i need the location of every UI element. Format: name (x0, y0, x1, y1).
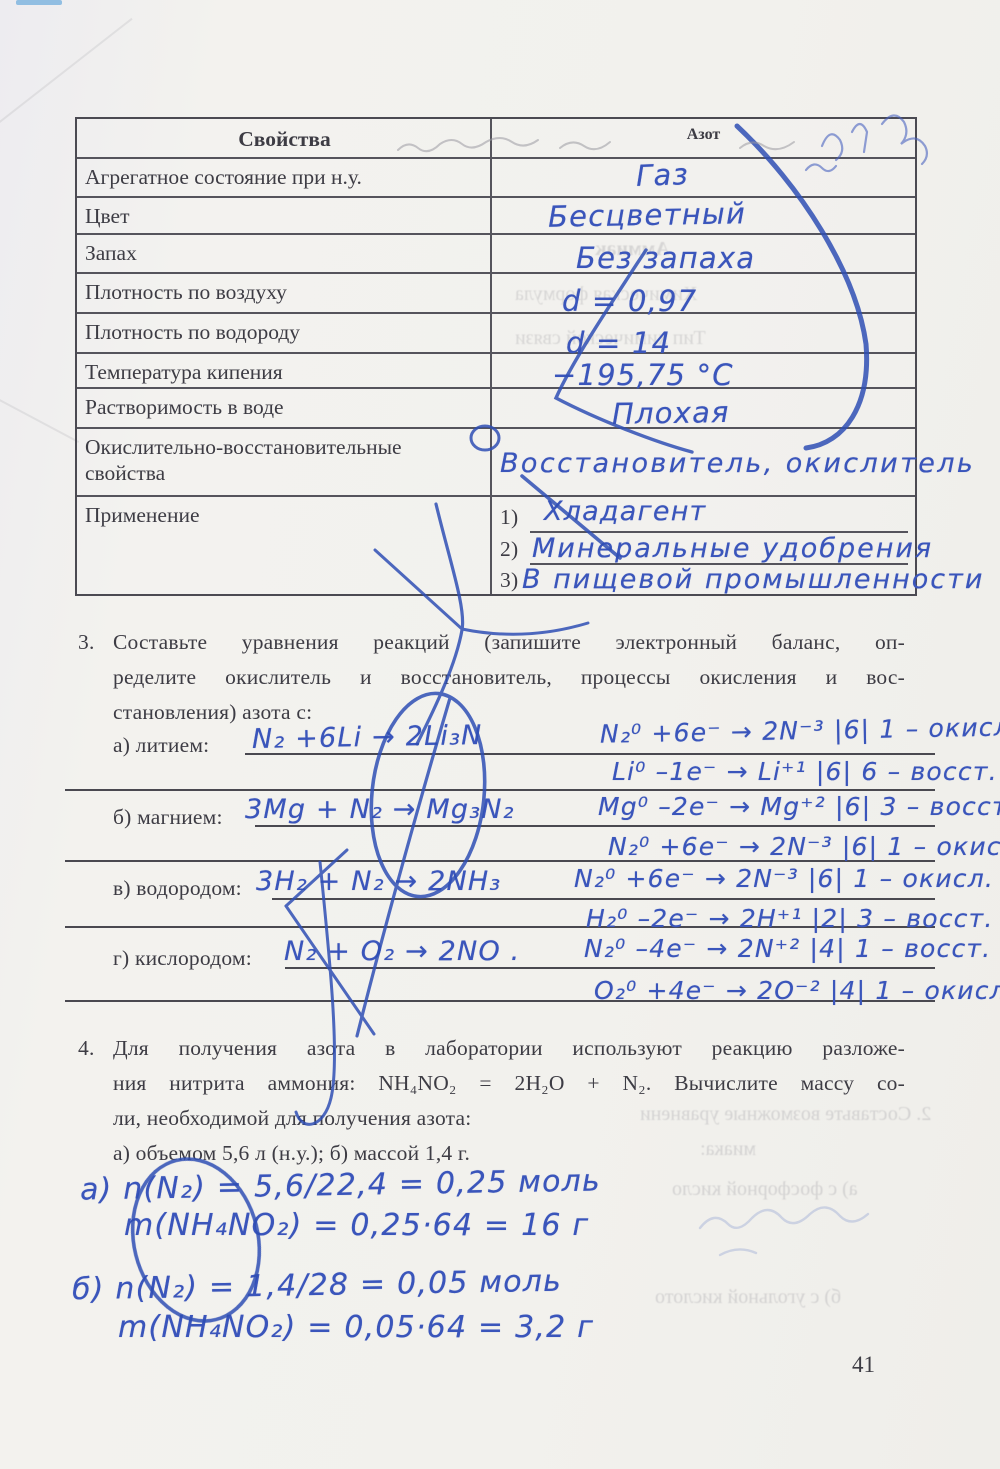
bleed-through-text: б) с угольной кислото (655, 1286, 841, 1309)
task4-number: 4. (78, 1036, 95, 1061)
handwritten-solution-line: m(NH₄NO₂) = 0,25·64 = 16 г (124, 1208, 589, 1243)
task3-number: 3. (78, 630, 95, 655)
handwritten-answer: d = 14 (566, 326, 671, 360)
row-label: Цвет (77, 198, 492, 233)
handwritten-balance: N₂⁰ –4e⁻ → 2N⁺² |4| 1 – восст. (584, 934, 991, 963)
row-label: Агрегатное состояние при н.у. (77, 159, 492, 196)
task4-text-line: ния нитрита аммония: NH₄NO₂ = 2H₂O + N₂.… (113, 1071, 905, 1096)
row-label: Запах (77, 235, 492, 272)
handwritten-balance: Li⁰ –1e⁻ → Li⁺¹ |6| 6 – восст. (612, 757, 998, 786)
answer-line[interactable] (255, 825, 935, 827)
answer-cell[interactable] (492, 159, 915, 196)
table-row: Запах (77, 233, 915, 272)
page-number: 41 (852, 1352, 875, 1378)
answer-cell[interactable] (492, 274, 915, 312)
handwritten-equation: 3H₂ + N₂ → 2NH₃ (256, 866, 501, 897)
handwritten-balance: N₂⁰ +6e⁻ → 2N⁻³ |6| 1 – окисл. (574, 864, 994, 893)
handwritten-answer: d = 0,97 (562, 284, 697, 318)
task3-text-line: становления) азота с: (113, 700, 312, 725)
answer-cell[interactable] (492, 314, 915, 352)
row-label: Применение (77, 497, 492, 594)
handwritten-solution-line: б) n(N₂) = 1,4/28 = 0,05 моль (72, 1264, 563, 1308)
row-label: Растворимость в воде (77, 389, 492, 427)
handwritten-solution-line: а) n(N₂) = 5,6/22,4 = 0,25 моль (80, 1163, 601, 1207)
answer-line[interactable] (272, 898, 935, 900)
bleed-handwriting (720, 1249, 756, 1255)
handwritten-answer: Плохая (612, 395, 730, 431)
task4-text-line: ли, необходимой для получения азота: (113, 1106, 471, 1131)
task3-text-line: Составьте уравнения реакций (запишите эл… (113, 630, 905, 655)
row-label: Плотность по воздуху (77, 274, 492, 312)
row-label: Плотность по водороду (77, 314, 492, 352)
task3-item-label: в) водородом: (113, 876, 242, 901)
handwritten-answer: −195,75 °C (552, 358, 734, 392)
table-row: Растворимость в воде (77, 387, 915, 427)
row-label: Окислительно-восстановительные свойства (77, 429, 492, 495)
handwritten-balance: N₂⁰ +6e⁻ → 2N⁻³ |6| 1 – окисл. (608, 832, 1000, 861)
table-row: Плотность по водороду (77, 312, 915, 352)
column-header-properties: Свойства (77, 119, 492, 157)
table-row: Цвет (77, 196, 915, 233)
task4-text-line: а) объемом 5,6 л (н.у.); б) массой 1,4 г… (113, 1141, 470, 1166)
scan-edge-mark (16, 0, 62, 5)
task3-item-label: б) магнием: (113, 805, 223, 830)
handwritten-answer: Бесцветный (548, 196, 747, 233)
table-row: Агрегатное состояние при н.у. (77, 157, 915, 196)
table-header-row: Свойства Азот (77, 119, 915, 157)
task4-text-line: Для получения азота в лаборатории исполь… (113, 1036, 905, 1061)
table-row: Температура кипения (77, 352, 915, 387)
answer-line[interactable] (285, 967, 935, 969)
column-header-substance: Азот (492, 119, 915, 157)
handwritten-answer: Минеральные удобрения (532, 533, 933, 564)
application-number: 3) (500, 568, 518, 593)
task3-item-label: г) кислородом: (113, 946, 252, 971)
properties-table: Свойства Азот Агрегатное состояние при н… (75, 117, 917, 596)
answer-line[interactable] (65, 789, 935, 791)
bleed-through-text: 2. Составьте возможные уравнени (640, 1103, 931, 1126)
handwritten-balance: N₂⁰ +6e⁻ → 2N⁻³ |6| 1 – окисл. (600, 712, 1000, 748)
workbook-page: Аммиак Химическая формула Тип химической… (0, 0, 1000, 1469)
bleed-through-text: миака: (700, 1138, 756, 1161)
table-row: Плотность по воздуху (77, 272, 915, 312)
application-number: 1) (500, 505, 518, 530)
scan-crease (0, 399, 79, 443)
handwritten-answer: Хладагент (544, 496, 707, 527)
bleed-through-text: а) с фосфорной кисло (672, 1178, 858, 1201)
handwritten-equation: 3Mg + N₂ → Mg₃N₂ (245, 794, 515, 825)
handwritten-answer: В пищевой промышленности (522, 564, 984, 595)
handwritten-answer: Газ (635, 157, 689, 193)
handwritten-balance: O₂⁰ +4e⁻ → 2O⁻² |4| 1 – окисл. (594, 976, 1000, 1005)
handwritten-equation: N₂ + O₂ → 2NO . (284, 936, 520, 967)
task3-item-label: а) литием: (113, 733, 209, 758)
handwritten-answer: Без запаха (576, 241, 755, 275)
handwritten-answer: Восстановитель, окислитель (500, 448, 975, 479)
application-number: 2) (500, 537, 518, 562)
handwritten-balance: Mg⁰ –2e⁻ → Mg⁺² |6| 3 – восст. (598, 792, 1000, 821)
task3-text-line: ределите окислитель и восстановитель, пр… (113, 665, 905, 690)
handwritten-equation: N₂ +6Li → 2Li₃N (252, 720, 483, 755)
handwritten-solution-line: m(NH₄NO₂) = 0,05·64 = 3,2 г (118, 1310, 594, 1345)
bleed-handwriting (700, 1207, 868, 1228)
handwritten-balance: H₂⁰ –2e⁻ → 2H⁺¹ |2| 3 – восст. (586, 904, 994, 933)
scan-crease (0, 18, 133, 124)
row-label: Температура кипения (77, 354, 492, 387)
